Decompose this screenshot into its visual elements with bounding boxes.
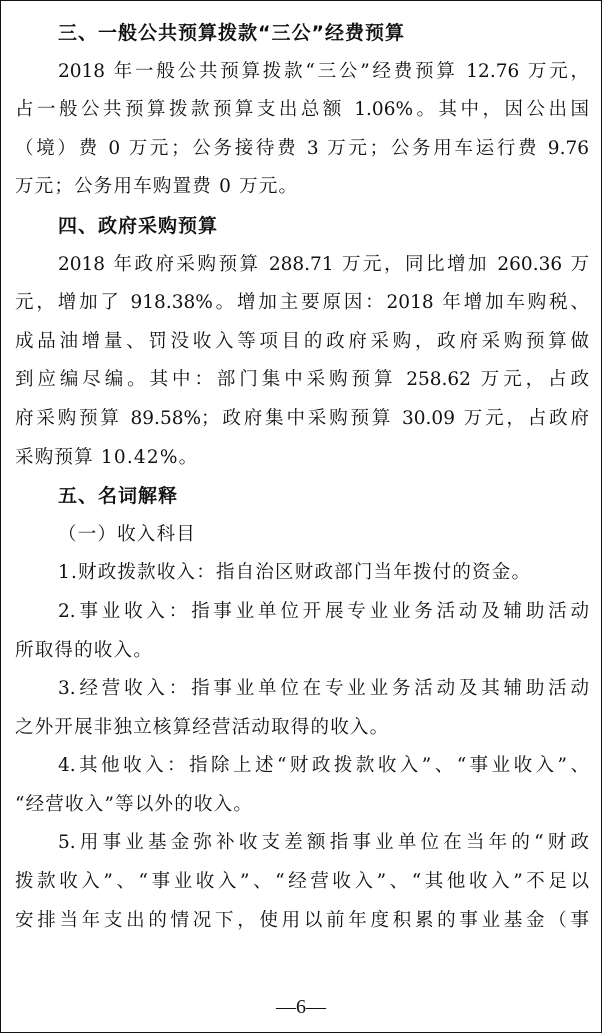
paragraph-line: 安排当年支出的情况下，使用以前年度积累的事业基金（事 bbox=[15, 902, 589, 941]
section-heading-government-procurement: 四、政府采购预算 bbox=[15, 207, 589, 246]
paragraph-line: 元，增加了 918.38%。增加主要原因：2018 年增加车购税、 bbox=[15, 284, 589, 323]
document-page: 三、一般公共预算拨款“三公”经费预算 2018 年一般公共预算拨款“三公”经费预… bbox=[0, 0, 602, 1033]
paragraph-line: 万元；公务用车购置费 0 万元。 bbox=[15, 168, 589, 207]
paragraph-line: 府采购预算 89.58%；政府集中采购预算 30.09 万元，占政府 bbox=[15, 400, 589, 439]
paragraph-line: 占一般公共预算拨款预算支出总额 1.06%。其中，因公出国 bbox=[15, 91, 589, 130]
paragraph-line: 成品油增量、罚没收入等项目的政府采购，政府采购预算做 bbox=[15, 323, 589, 362]
glossary-item-3: 3.经营收入：指事业单位在专业业务活动及其辅助活动 bbox=[15, 670, 589, 709]
paragraph-line: 2018 年政府采购预算 288.71 万元，同比增加 260.36 万 bbox=[15, 246, 589, 285]
paragraph-line: 之外开展非独立核算经营活动取得的收入。 bbox=[15, 709, 589, 748]
paragraph-line: 所取得的收入。 bbox=[15, 632, 589, 671]
glossary-item-1: 1.财政拨款收入：指自治区财政部门当年拨付的资金。 bbox=[15, 554, 589, 593]
section-heading-three-public-expenses: 三、一般公共预算拨款“三公”经费预算 bbox=[15, 14, 589, 53]
paragraph-line: 采购预算 10.42%。 bbox=[15, 439, 589, 478]
glossary-item-2: 2.事业收入：指事业单位开展专业业务活动及辅助活动 bbox=[15, 593, 589, 632]
section-heading-glossary: 五、名词解释 bbox=[15, 477, 589, 516]
page-number: —6— bbox=[1, 996, 601, 1018]
paragraph-line: 2018 年一般公共预算拨款“三公”经费预算 12.76 万元， bbox=[15, 53, 589, 92]
paragraph-line: （境）费 0 万元；公务接待费 3 万元；公务用车运行费 9.76 bbox=[15, 130, 589, 169]
glossary-item-5: 5.用事业基金弥补收支差额指事业单位在当年的“财政 bbox=[15, 824, 589, 863]
glossary-item-4: 4.其他收入：指除上述“财政拨款收入”、“事业收入”、 bbox=[15, 747, 589, 786]
subsection-heading-income-items: （一）收入科目 bbox=[15, 516, 589, 555]
paragraph-line: 拨款收入”、“事业收入”、“经营收入”、“其他收入”不足以 bbox=[15, 863, 589, 902]
paragraph-line: “经营收入”等以外的收入。 bbox=[15, 786, 589, 825]
document-body: 三、一般公共预算拨款“三公”经费预算 2018 年一般公共预算拨款“三公”经费预… bbox=[15, 14, 589, 940]
paragraph-line: 到应编尽编。其中：部门集中采购预算 258.62 万元，占政 bbox=[15, 361, 589, 400]
